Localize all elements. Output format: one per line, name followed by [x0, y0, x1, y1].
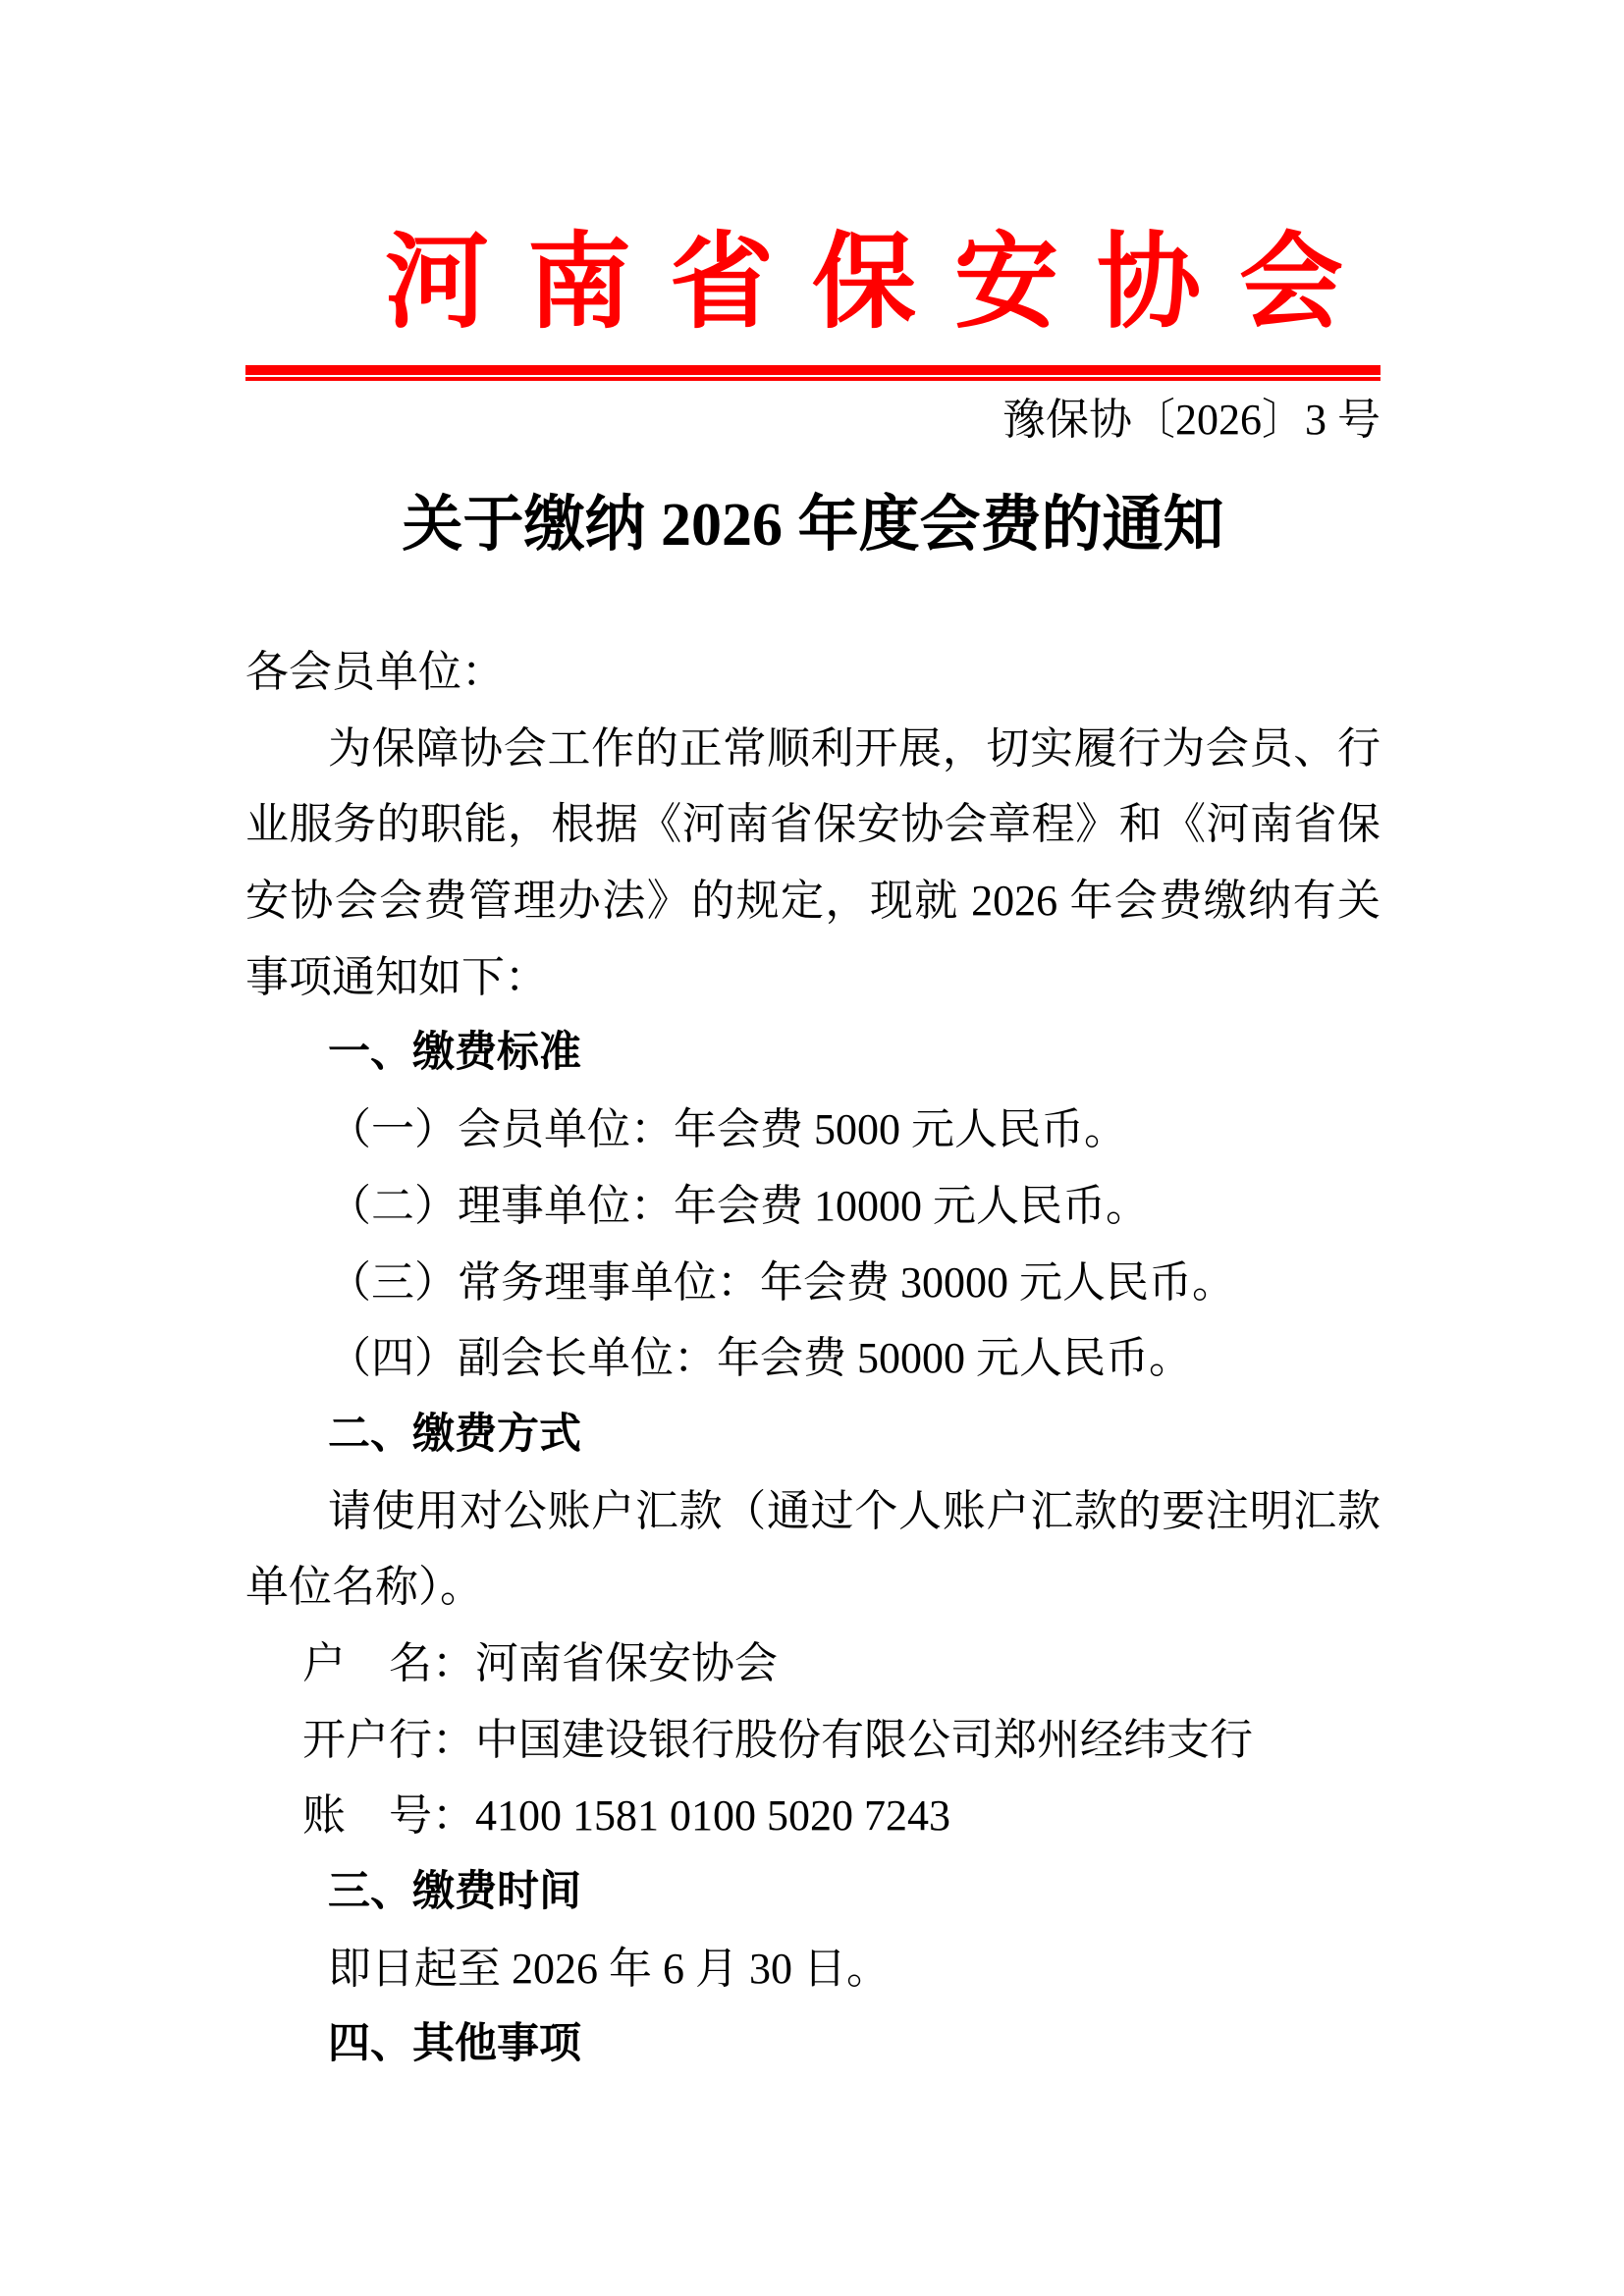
paragraph-line: 业服务的职能，根据《河南省保安协会章程》和《河南省保 [245, 786, 1380, 863]
notice-title: 关于缴纳 2026 年度会费的通知 [245, 491, 1380, 560]
paragraph-line: 事项通知如下： [245, 939, 1380, 1016]
org-title: 河南省保安协会 [385, 232, 1381, 336]
doc-number: 豫保协〔2026〕3 号 [245, 395, 1380, 446]
paragraph-line: 为保障协会工作的正常顺利开展，切实履行为会员、行 [245, 711, 1380, 787]
account-name-line: 户 名：河南省保安协会 [245, 1626, 1380, 1702]
paragraph-line: 单位名称）。 [245, 1549, 1380, 1626]
section-heading-2: 二、缴费方式 [245, 1397, 1380, 1473]
deadline-line: 即日起至 2026 年 6 月 30 日。 [245, 1931, 1380, 2007]
document-page: 河南省保安协会 豫保协〔2026〕3 号 关于缴纳 2026 年度会费的通知 各… [0, 0, 1624, 2296]
notice-body: 各会员单位： 为保障协会工作的正常顺利开展，切实履行为会员、行 业服务的职能，根… [245, 634, 1380, 2083]
red-divider-line [245, 365, 1380, 381]
bank-branch-line: 开户行：中国建设银行股份有限公司郑州经纬支行 [245, 1702, 1380, 1779]
section-heading-3: 三、缴费时间 [245, 1854, 1380, 1931]
account-number-line: 账 号：4100 1581 0100 5020 7243 [245, 1778, 1380, 1854]
fee-item-line: （二）理事单位：年会费 10000 元人民币。 [245, 1168, 1380, 1245]
fee-item-line: （三）常务理事单位：年会费 30000 元人民币。 [245, 1245, 1380, 1321]
paragraph-line: 安协会会费管理办法》的规定，现就 2026 年会费缴纳有关 [245, 863, 1380, 939]
section-heading-1: 一、缴费标准 [245, 1015, 1380, 1092]
section-heading-4: 四、其他事项 [245, 2006, 1380, 2083]
paragraph-line: 请使用对公账户汇款（通过个人账户汇款的要注明汇款 [245, 1473, 1380, 1550]
fee-item-line: （一）会员单位：年会费 5000 元人民币。 [245, 1092, 1380, 1168]
fee-item-line: （四）副会长单位：年会费 50000 元人民币。 [245, 1320, 1380, 1397]
salutation-line: 各会员单位： [245, 634, 1380, 711]
